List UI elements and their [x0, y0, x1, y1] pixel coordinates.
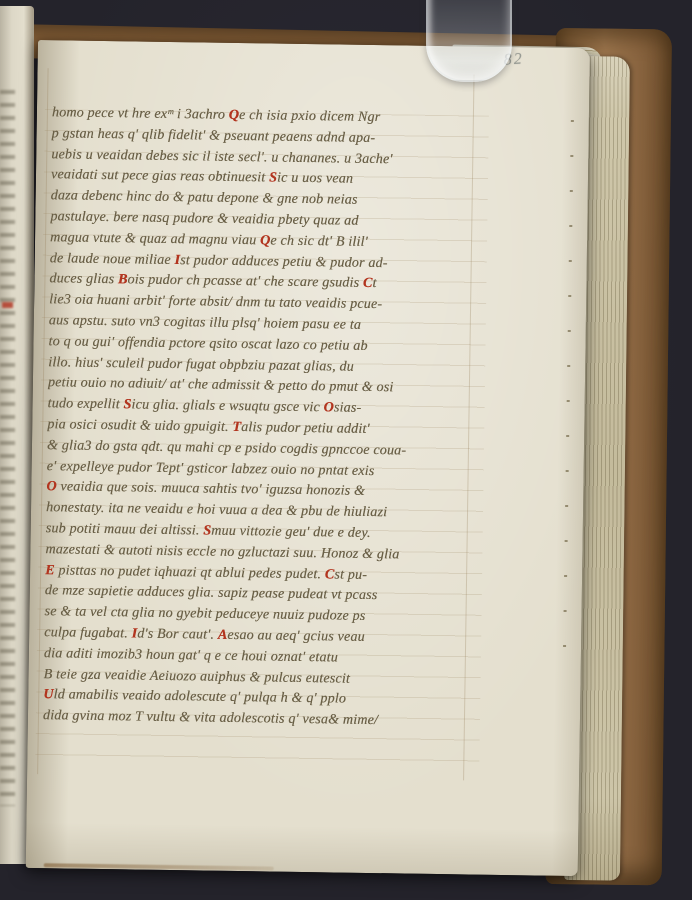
rubric-initial: C: [325, 567, 335, 582]
bottom-edge-stain: [44, 863, 274, 870]
rubric-initial: T: [232, 420, 241, 435]
facing-page-rubric-mark: [2, 302, 13, 308]
text-block: homo pece vt hre exᵐ i 3achro Qe ch isia…: [43, 103, 504, 734]
facing-page-text-blur: [0, 90, 15, 806]
rubric-initial: S: [269, 171, 277, 186]
rubric-initial: O: [46, 480, 57, 495]
plastic-page-strap: [426, 0, 512, 82]
rubric-initial: Q: [229, 108, 240, 123]
rubric-initial: B: [118, 273, 128, 288]
rubric-initial: E: [45, 563, 55, 578]
pricking-holes: [563, 120, 574, 680]
photo-background: 82 homo pece vt hre exᵐ i 3achro Qe ch i…: [0, 0, 692, 900]
rubric-initial: U: [43, 687, 54, 702]
rubric-initial: A: [218, 628, 228, 643]
rubric-initial: O: [323, 400, 334, 415]
manuscript-page: 82 homo pece vt hre exᵐ i 3achro Qe ch i…: [26, 40, 590, 876]
rubric-initial: C: [363, 276, 373, 291]
rubric-initial: Q: [260, 233, 271, 248]
rubric-initial: S: [123, 397, 131, 412]
